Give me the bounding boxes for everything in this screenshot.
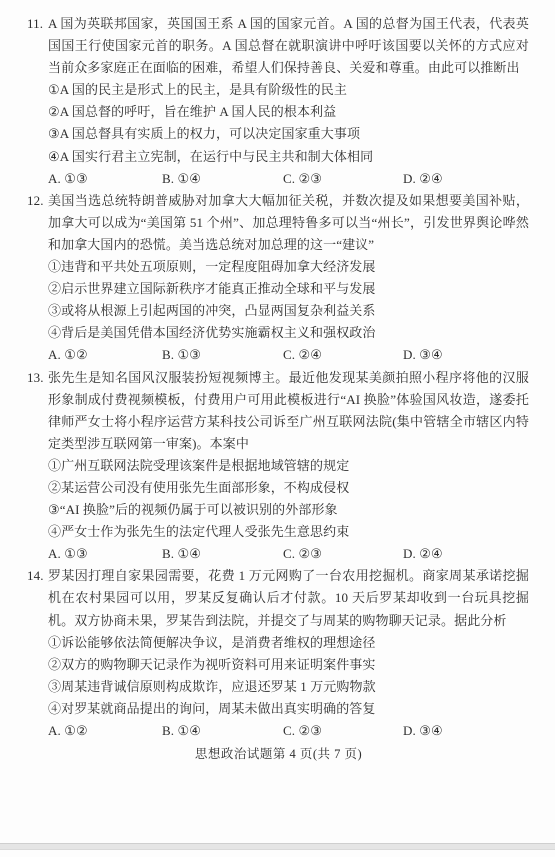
option-item: ①诉讼能够依法简便解决争议，是消费者维权的理想途径 — [48, 632, 529, 654]
page-footer: 思想政治试题第 4 页(共 7 页) — [28, 743, 529, 765]
choice-d: D. ②④ — [403, 168, 529, 190]
choice-c: C. ②④ — [283, 344, 403, 366]
option-item: ①广州互联网法院受理该案件是根据地域管辖的规定 — [48, 455, 529, 477]
choice-row: A. ①③ B. ①④ C. ②③ D. ②④ — [48, 168, 529, 190]
choice-a: A. ①③ — [48, 543, 162, 565]
question-stem: 美国当选总统特朗普威胁对加拿大大幅加征关税，并数次提及如果想要美国补贴，加拿大可… — [48, 190, 529, 256]
exam-page: 11. A 国为英联邦国家，英国国王系 A 国的国家元首。A 国的总督为国王代表… — [0, 0, 555, 857]
question-block-11: 11. A 国为英联邦国家，英国国王系 A 国的国家元首。A 国的总督为国王代表… — [28, 13, 529, 190]
choice-a: A. ①② — [48, 344, 162, 366]
choice-b: B. ①④ — [162, 168, 283, 190]
exam-content: 11. A 国为英联邦国家，英国国王系 A 国的国家元首。A 国的总督为国王代表… — [28, 13, 529, 765]
choice-c: C. ②③ — [283, 168, 403, 190]
question-stem: 张先生是知名国风汉服装扮短视频博主。最近他发现某美颜拍照小程序将他的汉服形象制成… — [48, 367, 529, 455]
question-stem: A 国为英联邦国家，英国国王系 A 国的国家元首。A 国的总督为国王代表，代表英… — [48, 13, 529, 79]
choice-row: A. ①③ B. ①④ C. ②③ D. ②④ — [48, 543, 529, 565]
option-item: ②启示世界建立国际新秩序才能真正推动全球和平与发展 — [48, 278, 529, 300]
option-item: ③A 国总督具有实质上的权力，可以决定国家重大事项 — [48, 123, 529, 145]
choice-a: A. ①② — [48, 720, 162, 742]
page-separator — [0, 843, 555, 850]
choice-c: C. ②③ — [283, 720, 403, 742]
option-item: ④A 国实行君主立宪制，在运行中与民主共和制大体相同 — [48, 146, 529, 168]
option-item: ①A 国的民主是形式上的民主，是具有阶级性的民主 — [48, 79, 529, 101]
choice-c: C. ②③ — [283, 543, 403, 565]
choice-b: B. ①④ — [162, 543, 283, 565]
question-stem: 罗某因打理自家果园需要，花费 1 万元网购了一台农用挖掘机。商家周某承诺挖掘机在… — [48, 565, 529, 631]
option-item: ④对罗某就商品提出的询问，周某未做出真实明确的答复 — [48, 698, 529, 720]
option-item: ②A 国总督的呼吁，旨在维护 A 国人民的根本利益 — [48, 101, 529, 123]
question-number: 13. — [27, 367, 44, 389]
question-block-12: 12. 美国当选总统特朗普威胁对加拿大大幅加征关税，并数次提及如果想要美国补贴，… — [28, 190, 529, 367]
option-item: ④严女士作为张先生的法定代理人受张先生意思约束 — [48, 521, 529, 543]
question-number: 14. — [27, 565, 44, 587]
choice-b: B. ①③ — [162, 344, 283, 366]
choice-d: D. ③④ — [403, 344, 529, 366]
option-item: ④背后是美国凭借本国经济优势实施霸权主义和强权政治 — [48, 322, 529, 344]
option-item: ③“AI 换脸”后的视频仍属于可以被识别的外部形象 — [48, 499, 529, 521]
question-block-14: 14. 罗某因打理自家果园需要，花费 1 万元网购了一台农用挖掘机。商家周某承诺… — [28, 565, 529, 742]
choice-d: D. ③④ — [403, 720, 529, 742]
question-number: 12. — [27, 190, 44, 212]
choice-a: A. ①③ — [48, 168, 162, 190]
choice-d: D. ②④ — [403, 543, 529, 565]
choice-row: A. ①② B. ①③ C. ②④ D. ③④ — [48, 344, 529, 366]
option-item: ③或将从根源上引起两国的冲突，凸显两国复杂利益关系 — [48, 300, 529, 322]
option-item: ②某运营公司没有使用张先生面部形象，不构成侵权 — [48, 477, 529, 499]
option-item: ①违背和平共处五项原则，一定程度阻碍加拿大经济发展 — [48, 256, 529, 278]
question-number: 11. — [27, 13, 43, 35]
option-item: ③周某违背诚信原则构成欺诈，应退还罗某 1 万元购物款 — [48, 676, 529, 698]
choice-b: B. ①④ — [162, 720, 283, 742]
option-item: ②双方的购物聊天记录作为视听资料可用来证明案件事实 — [48, 654, 529, 676]
choice-row: A. ①② B. ①④ C. ②③ D. ③④ — [48, 720, 529, 742]
question-block-13: 13. 张先生是知名国风汉服装扮短视频博主。最近他发现某美颜拍照小程序将他的汉服… — [28, 367, 529, 566]
